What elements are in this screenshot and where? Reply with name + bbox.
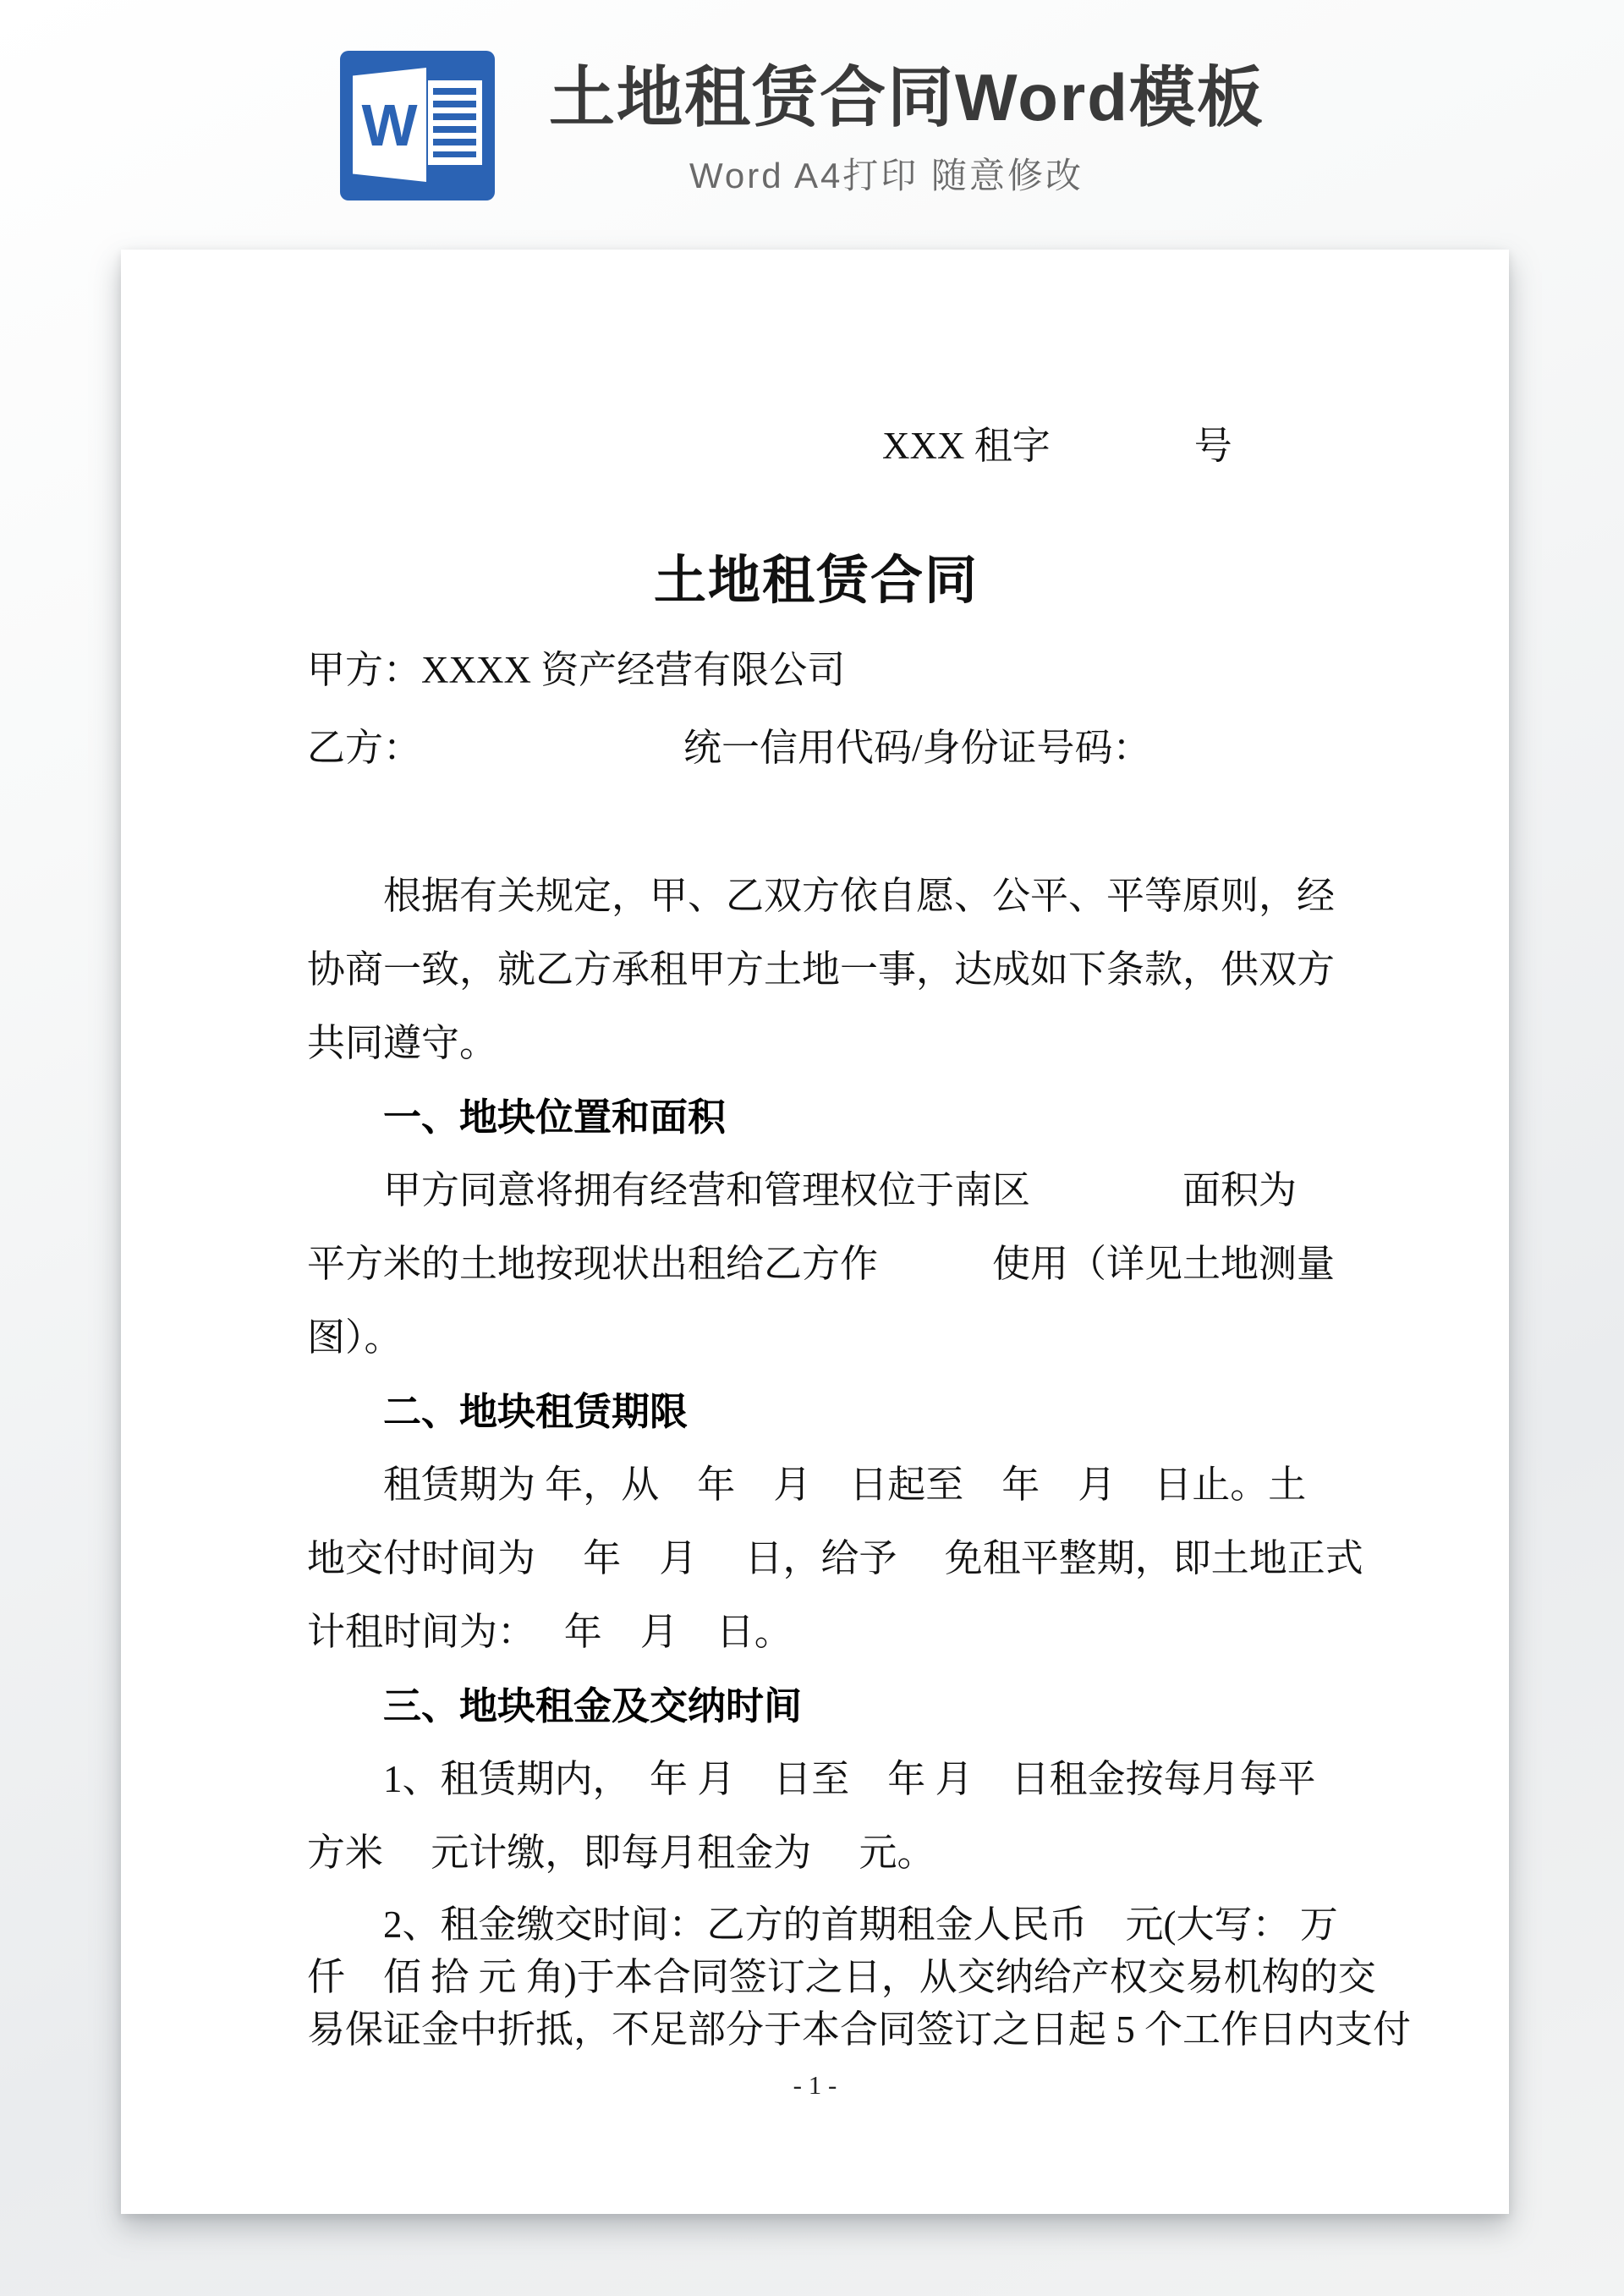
word-logo-text-lines-icon bbox=[433, 88, 476, 157]
body-line: 根据有关规定，甲、乙双方依自愿、公平、平等原则，经 bbox=[307, 860, 1325, 933]
doc-number-blank bbox=[1051, 458, 1194, 459]
body-line: 图）。 bbox=[307, 1301, 1325, 1375]
section-3-heading: 三、地块租金及交纳时间 bbox=[307, 1669, 1325, 1743]
doc-number-line: XXX 租字号 bbox=[307, 409, 1325, 483]
body-line: 协商一致，就乙方承租甲方土地一事，达成如下条款，供双方 bbox=[307, 933, 1325, 1007]
body-line: 2、租金缴交时间：乙方的首期租金人民币 元(大写： 万 bbox=[307, 1898, 1325, 1951]
body-line: 共同遵守。 bbox=[307, 1007, 1325, 1080]
body-line: 甲方同意将拥有经营和管理权位于南区 面积为 bbox=[307, 1154, 1325, 1228]
body-line: 易保证金中折抵，不足部分于本合同签订之日起 5 个工作日内支付 bbox=[307, 2003, 1325, 2056]
template-title: 土地租赁合同Word模板 bbox=[549, 58, 1265, 137]
body-line: 平方米的土地按现状出租给乙方作 使用（详见土地测量 bbox=[307, 1228, 1325, 1301]
doc-number-suffix: 号 bbox=[1194, 425, 1232, 467]
body-line: 租赁期为 年，从 年 月 日起至 年 月 日止。土 bbox=[307, 1448, 1325, 1522]
page-background: { "theme": { "word_blue": "#2b63b4", "he… bbox=[0, 0, 1624, 2296]
intro-paragraph: 根据有关规定，甲、乙双方依自愿、公平、平等原则，经 协商一致，就乙方承租甲方土地… bbox=[307, 860, 1325, 1080]
section-3-paragraph-2: 2、租金缴交时间：乙方的首期租金人民币 元(大写： 万 仟 佰 拾 元 角)于本… bbox=[307, 1898, 1325, 2056]
page-number: - 1 - bbox=[121, 2068, 1509, 2102]
body-line: 计租时间为： 年 月 日。 bbox=[307, 1596, 1325, 1669]
contract-title: 土地租赁合同 bbox=[307, 545, 1325, 618]
template-subtitle: Word A4打印 随意修改 bbox=[472, 154, 1301, 198]
party-b-line: 乙方：统一信用代码/身份证号码： bbox=[307, 709, 1325, 787]
document-page: XXX 租字号 土地租赁合同 甲方：XXXX 资产经营有限公司 乙方：统一信用代… bbox=[121, 250, 1509, 2214]
word-logo-document-icon bbox=[428, 80, 482, 165]
body-line: 地交付时间为 年 月 日，给予 免租平整期，即土地正式 bbox=[307, 1522, 1325, 1596]
section-1-heading: 一、地块位置和面积 bbox=[307, 1080, 1325, 1154]
word-logo-w-panel: W bbox=[353, 68, 426, 182]
word-logo-letter: W bbox=[361, 96, 417, 155]
body-line: 仟 佰 拾 元 角)于本合同签订之日，从交纳给产权交易机构的交 bbox=[307, 1951, 1325, 2003]
body-line: 1、租赁期内， 年 月 日至 年 月 日租金按每月每平 bbox=[307, 1743, 1325, 1816]
section-1-paragraph: 甲方同意将拥有经营和管理权位于南区 面积为 平方米的土地按现状出租给乙方作 使用… bbox=[307, 1154, 1325, 1375]
section-2-paragraph: 租赁期为 年，从 年 月 日起至 年 月 日止。土 地交付时间为 年 月 日，给… bbox=[307, 1448, 1325, 1669]
party-a-line: 甲方：XXXX 资产经营有限公司 bbox=[307, 631, 1325, 709]
section-2-heading: 二、地块租赁期限 bbox=[307, 1375, 1325, 1448]
body-line: 方米 元计缴，即每月租金为 元。 bbox=[307, 1816, 1325, 1890]
party-b-label: 乙方： bbox=[307, 727, 421, 769]
party-b-blank bbox=[421, 760, 683, 761]
section-3-paragraph-1: 1、租赁期内， 年 月 日至 年 月 日租金按每月每平 方米 元计缴，即每月租金… bbox=[307, 1743, 1325, 1890]
doc-number-prefix: XXX 租字 bbox=[882, 425, 1051, 467]
party-b-credit-code-label: 统一信用代码/身份证号码： bbox=[683, 727, 1151, 769]
